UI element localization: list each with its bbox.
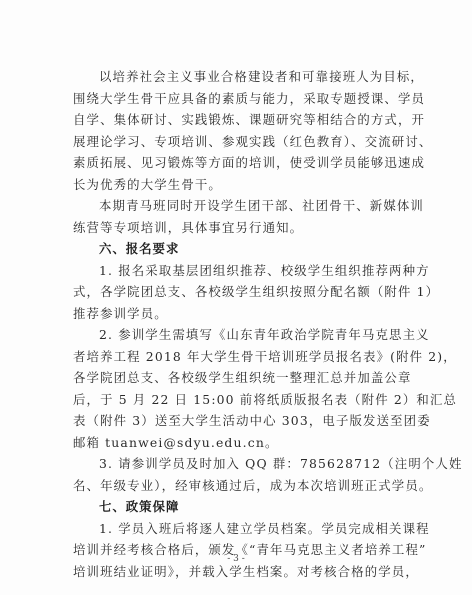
text-line: 者培养工程 2018 年大学生骨干培训班学员报名表》(附件 2)，: [73, 346, 373, 368]
text-line: 名、年级专业），经审核通过后，成为本次培训班正式学员。: [73, 475, 373, 497]
text-line: 自学、集体研讨、实践锻炼、课题研究等相结合的方式，开: [73, 109, 373, 131]
text-line: 1. 学员入班后将逐人建立学员档案。学员完成相关课程: [73, 518, 373, 540]
text-line: 邮箱 tuanwei@sdyu.edu.cn。: [73, 432, 373, 454]
document-page: 以培养社会主义事业合格建设者和可靠接班人为目标，围绕大学生骨干应具备的素质与能力…: [0, 0, 472, 595]
text-line: 3. 请参训学员及时加入 QQ 群：785628712（注明个人姓: [73, 453, 373, 475]
text-line: 本期青马班同时开设学生团干部、社团骨干、新媒体训: [73, 195, 373, 217]
text-line: 式，各学院团总支、各校级学生组织按照分配名额（附件 1）: [73, 281, 373, 303]
document-body: 以培养社会主义事业合格建设者和可靠接班人为目标，围绕大学生骨干应具备的素质与能力…: [73, 66, 373, 582]
text-line: 后，于 5 月 22 日 15:00 前将纸质版报名表（附件 2）和汇总: [73, 389, 373, 411]
page-number: - 3 -: [0, 554, 472, 564]
section-heading: 六、报名要求: [73, 238, 373, 260]
text-line: 各学院团总支、各校级学生组织统一整理汇总并加盖公章: [73, 367, 373, 389]
text-line: 1. 报名采取基层团组织推荐、校级学生组织推荐两种方: [73, 260, 373, 282]
text-line: 围绕大学生骨干应具备的素质与能力，采取专题授课、学员: [73, 88, 373, 110]
text-line: 长为优秀的大学生骨干。: [73, 174, 373, 196]
section-heading: 七、政策保障: [73, 496, 373, 518]
text-line: 推荐参训学员。: [73, 303, 373, 325]
text-line: 展理论学习、专项培训、参观实践（红色教育）、交流研讨、: [73, 131, 373, 153]
text-line: 练营等专项培训，具体事宜另行通知。: [73, 217, 373, 239]
text-line: 以培养社会主义事业合格建设者和可靠接班人为目标，: [73, 66, 373, 88]
text-line: 表（附件 3）送至大学生活动中心 303，电子版发送至团委: [73, 410, 373, 432]
text-line: 素质拓展、见习锻炼等方面的培训，使受训学员能够迅速成: [73, 152, 373, 174]
text-line: 2. 参训学生需填写《山东青年政治学院青年马克思主义: [73, 324, 373, 346]
